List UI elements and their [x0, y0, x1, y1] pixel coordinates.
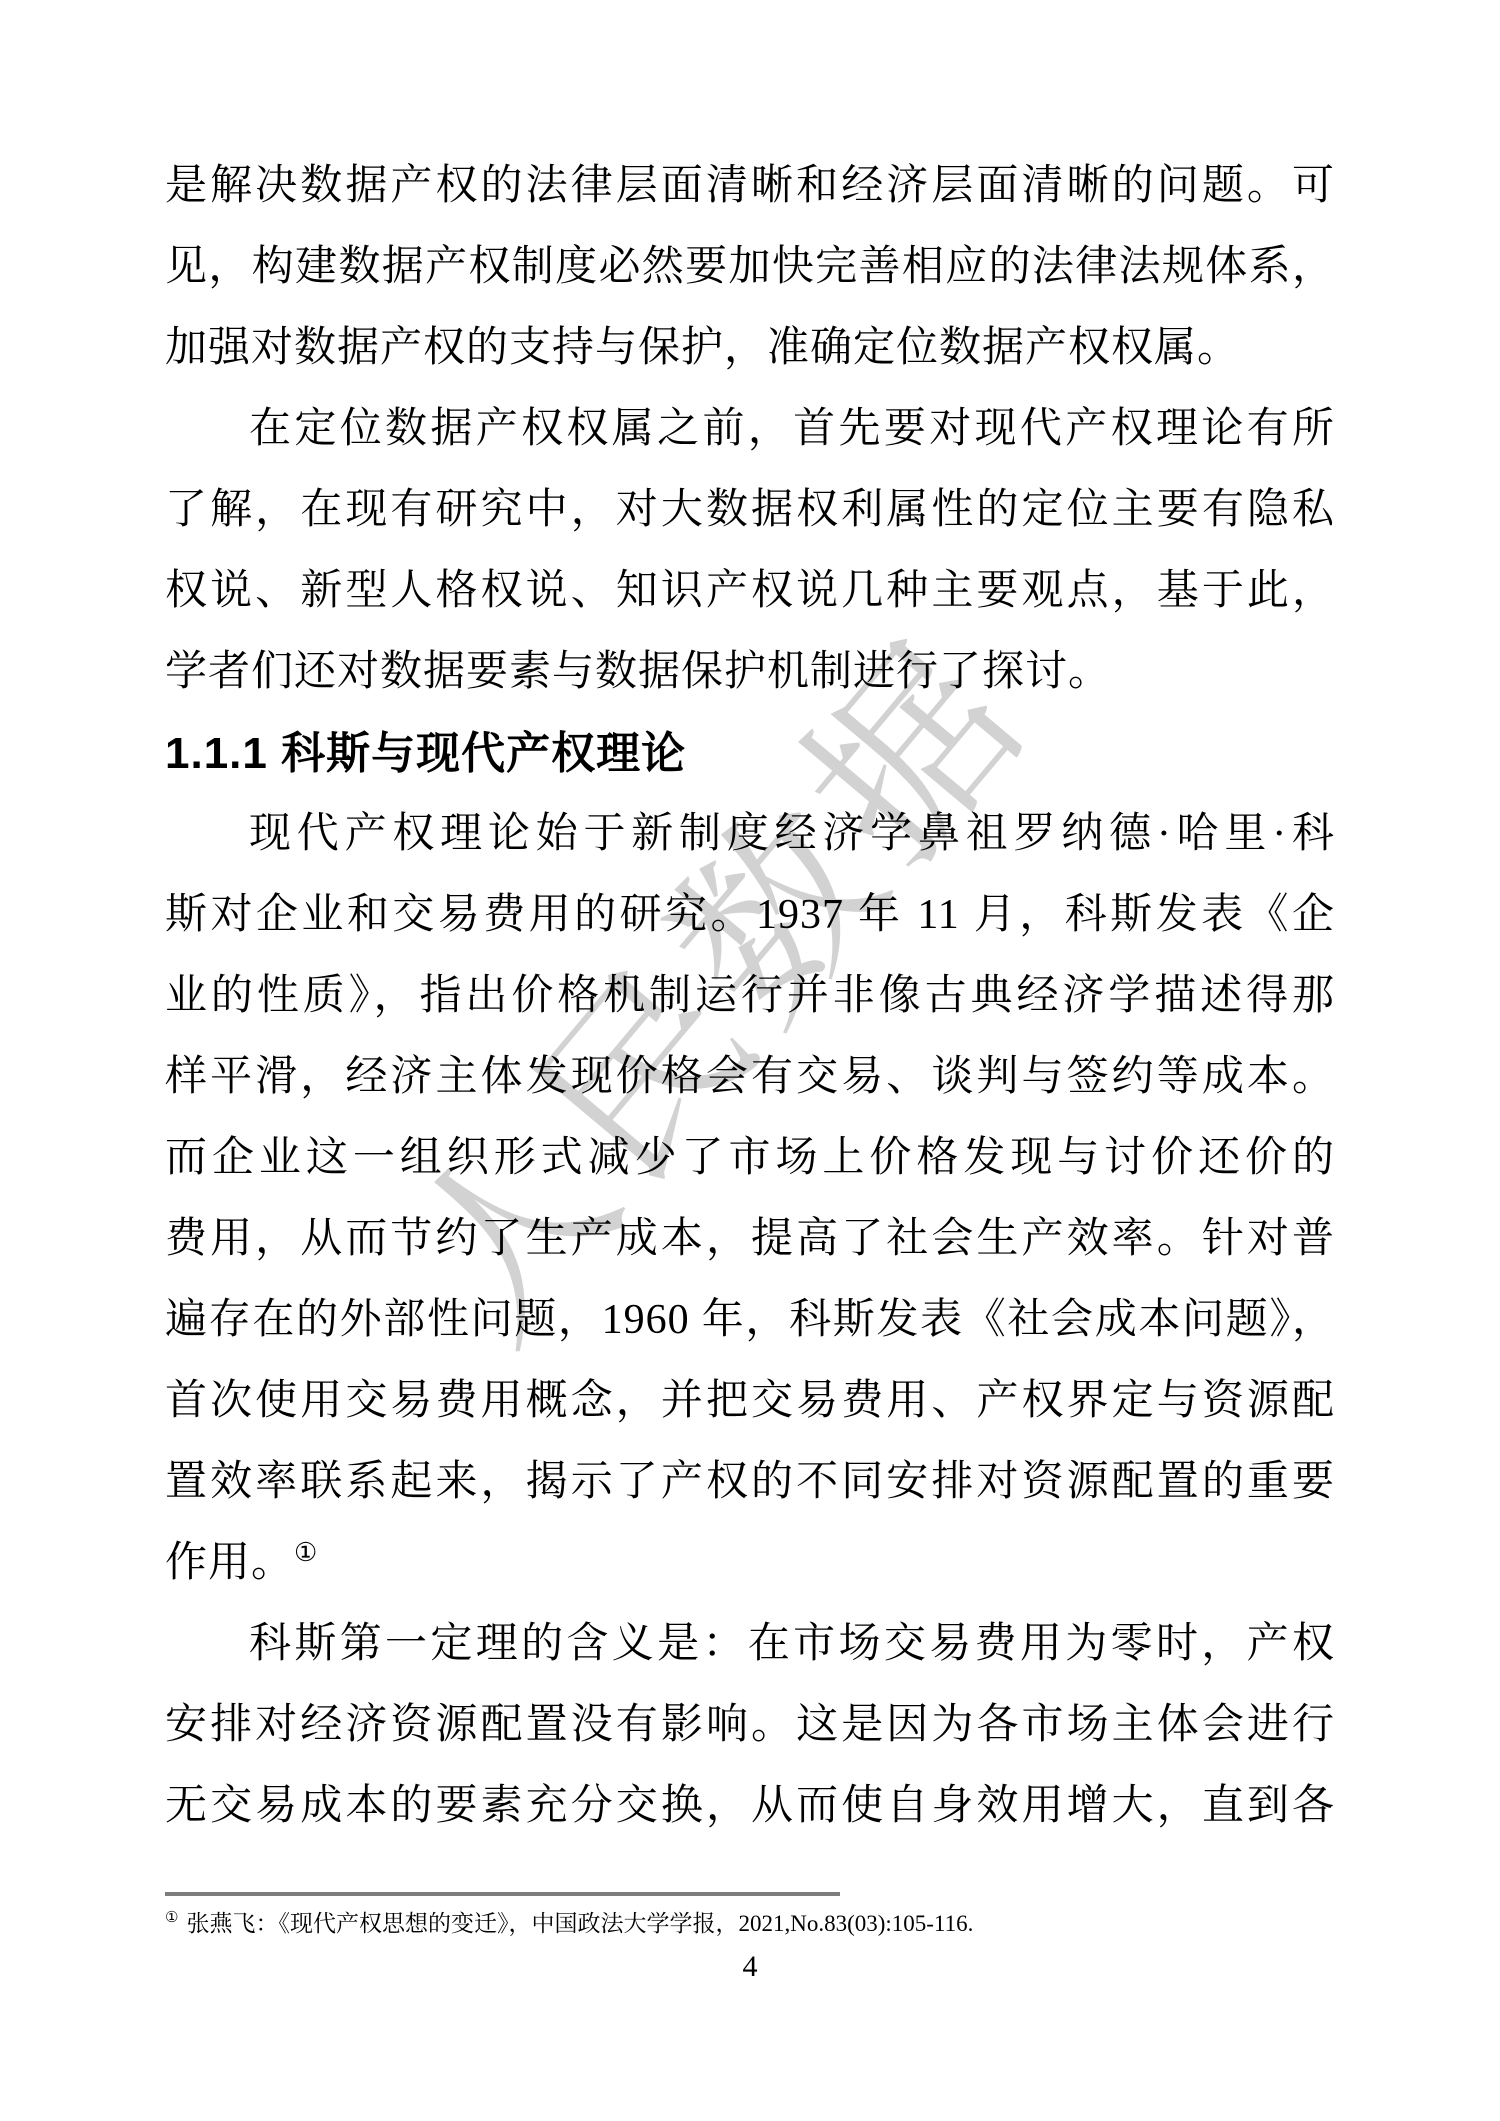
paragraph-line: 了解，在现有研究中，对大数据权利属性的定位主要有隐私: [165, 470, 1335, 551]
paragraph-line-text: 作用。: [165, 1540, 294, 1586]
footnote-text: 张燕飞：《现代产权思想的变迁》，中国政法大学学报，2021,No.83(03):…: [186, 1911, 973, 1936]
paragraph-line: 在定位数据产权权属之前，首先要对现代产权理论有所: [165, 389, 1335, 470]
paragraph-line: 作用。①: [165, 1523, 1335, 1604]
footnote-divider: [165, 1892, 840, 1896]
paragraph-line: 样平滑，经济主体发现价格会有交易、谈判与签约等成本。: [165, 1037, 1335, 1118]
paragraph-line: 见，构建数据产权制度必然要加快完善相应的法律法规体系，: [165, 227, 1335, 308]
paragraph-line: 学者们还对数据要素与数据保护机制进行了探讨。: [165, 632, 1335, 713]
paragraph-line: 安排对经济资源配置没有影响。这是因为各市场主体会进行: [165, 1685, 1335, 1766]
document-page: 人民数据 是解决数据产权的法律层面清晰和经济层面清晰的问题。可 见，构建数据产权…: [0, 0, 1500, 2121]
paragraph-line: 遍存在的外部性问题，1960 年，科斯发表《社会成本问题》，: [165, 1280, 1335, 1361]
paragraph-line: 现代产权理论始于新制度经济学鼻祖罗纳德·哈里·科: [165, 794, 1335, 875]
footnote: ①张燕飞：《现代产权思想的变迁》，中国政法大学学报，2021,No.83(03)…: [165, 1906, 1335, 1942]
paragraph-line: 首次使用交易费用概念，并把交易费用、产权界定与资源配: [165, 1361, 1335, 1442]
paragraph-line: 加强对数据产权的支持与保护，准确定位数据产权权属。: [165, 308, 1335, 389]
paragraph-line: 费用，从而节约了生产成本，提高了社会生产效率。针对普: [165, 1199, 1335, 1280]
page-number: 4: [0, 1950, 1500, 1984]
paragraph-line: 斯对企业和交易费用的研究。1937 年 11 月，科斯发表《企: [165, 875, 1335, 956]
paragraph-line: 业的性质》，指出价格机制运行并非像古典经济学描述得那: [165, 956, 1335, 1037]
paragraph-line: 科斯第一定理的含义是：在市场交易费用为零时，产权: [165, 1604, 1335, 1685]
section-heading: 1.1.1 科斯与现代产权理论: [165, 713, 1335, 794]
footnote-marker: ①: [165, 1910, 178, 1926]
paragraph-line: 无交易成本的要素充分交换，从而使自身效用增大，直到各: [165, 1766, 1335, 1847]
paragraph-line: 而企业这一组织形式减少了市场上价格发现与讨价还价的: [165, 1118, 1335, 1199]
paragraph-line: 权说、新型人格权说、知识产权说几种主要观点，基于此，: [165, 551, 1335, 632]
page-content: 是解决数据产权的法律层面清晰和经济层面清晰的问题。可 见，构建数据产权制度必然要…: [165, 146, 1335, 1847]
footnote-reference: ①: [294, 1538, 318, 1567]
paragraph-line: 是解决数据产权的法律层面清晰和经济层面清晰的问题。可: [165, 146, 1335, 227]
paragraph-line: 置效率联系起来，揭示了产权的不同安排对资源配置的重要: [165, 1442, 1335, 1523]
